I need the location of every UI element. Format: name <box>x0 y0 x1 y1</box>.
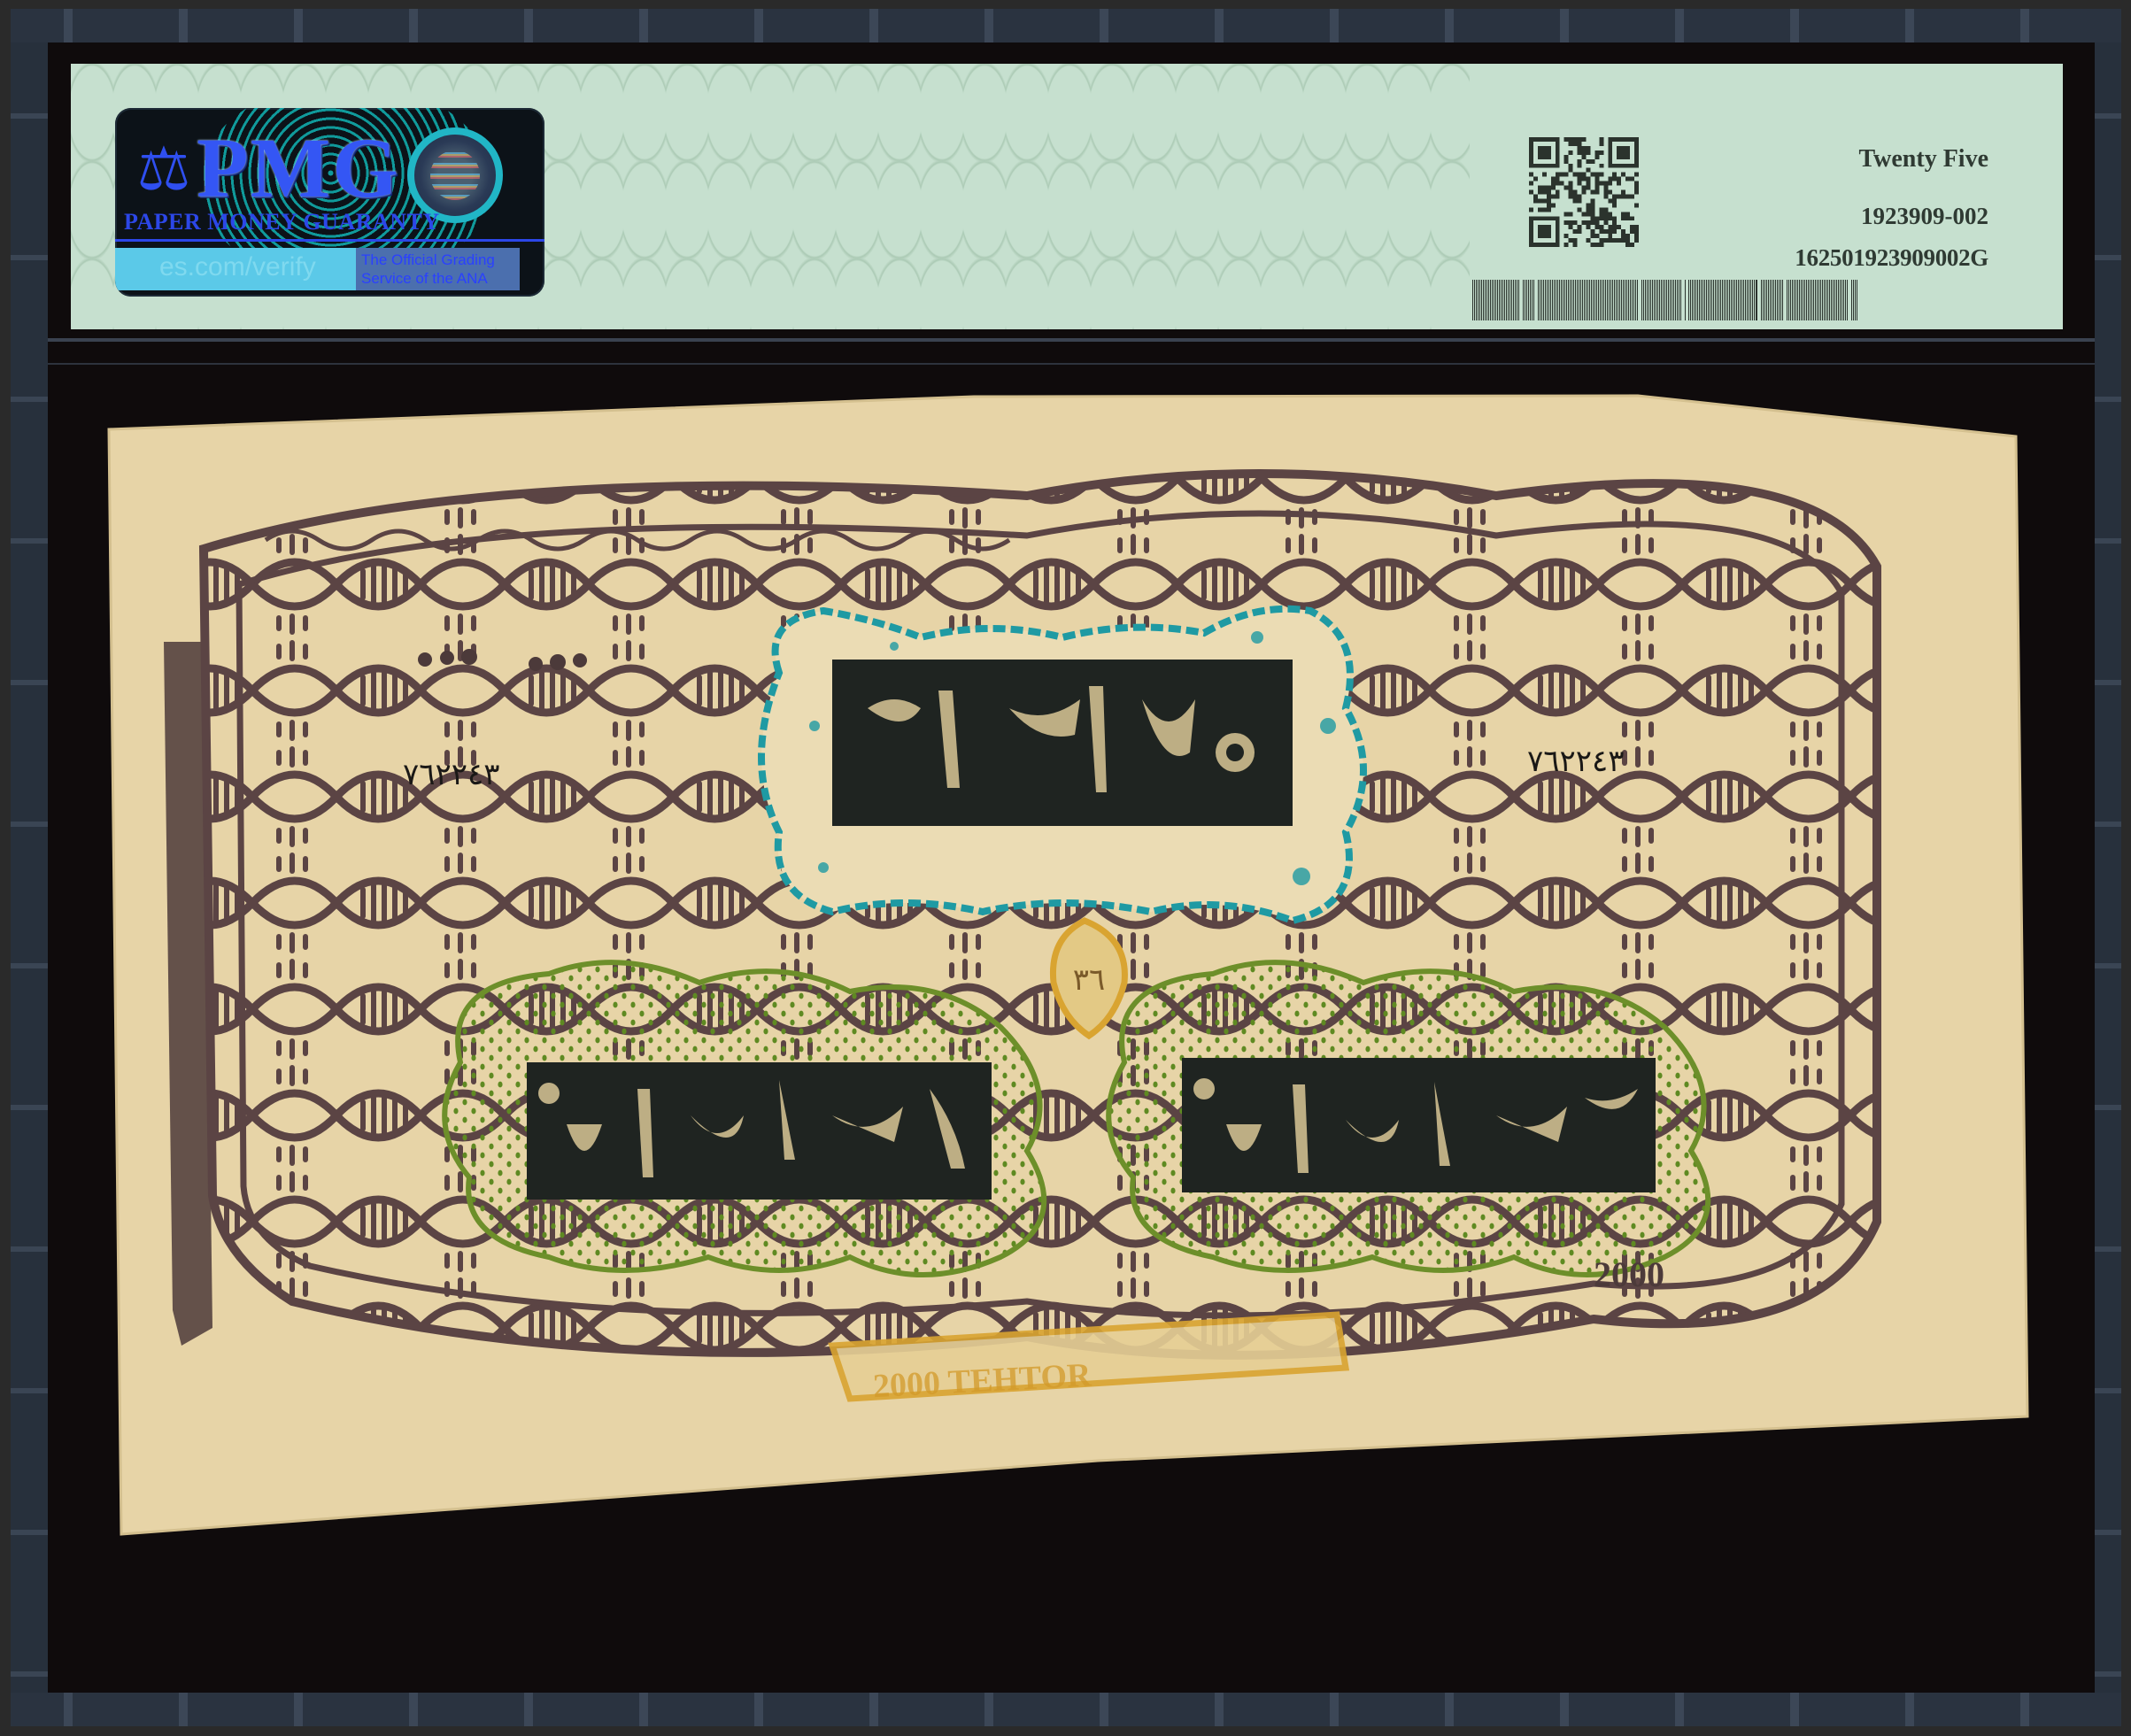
serial-number-left: ٧٦٢٢٤٣ <box>403 757 500 792</box>
svg-text:٣٦: ٣٦ <box>1073 962 1106 998</box>
denomination-mark: 2000 <box>1594 1254 1664 1294</box>
serial-number-right: ٧٦٢٢٤٣ <box>1527 744 1625 779</box>
banknote: ٣٦ 2000 2000 TEHTOR <box>0 0 2131 1736</box>
